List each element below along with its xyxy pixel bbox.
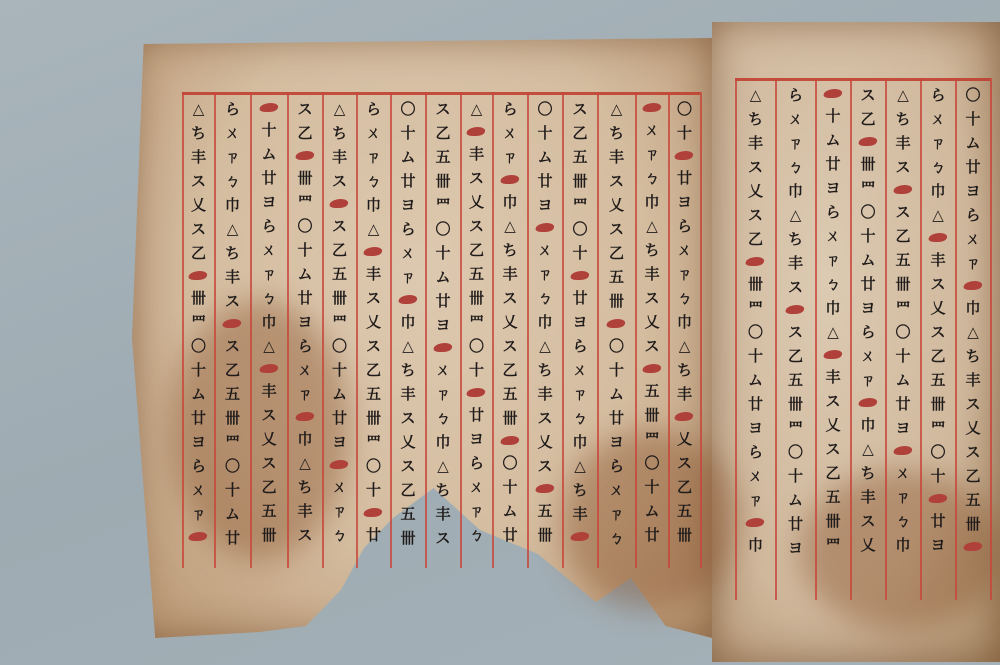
script-glyph: 丰 <box>895 134 909 152</box>
script-glyph: ㄅ <box>788 158 802 176</box>
red-mark <box>294 151 315 160</box>
script-glyph: 卌 <box>788 395 802 413</box>
script-glyph: ち <box>191 124 205 142</box>
script-glyph: ス <box>825 392 839 410</box>
script-column: らㄨㄗㄅ巾△ち丰スス乙五卌罒〇十ム廿ヨ <box>775 86 815 557</box>
script-glyph: 卌 <box>297 169 311 187</box>
script-glyph: 卌 <box>609 292 623 310</box>
script-column: らㄨㄗㄅ巾△丰ス乂ス乙五卌罒〇十廿ヨ <box>920 86 955 554</box>
script-glyph: ス <box>261 406 275 424</box>
script-glyph: ち <box>502 241 516 259</box>
script-glyph: 乂 <box>860 536 874 554</box>
script-glyph: 乂 <box>469 193 483 211</box>
script-glyph: ㄨ <box>469 478 483 496</box>
script-glyph: 十 <box>895 347 909 365</box>
script-glyph: 罒 <box>644 430 658 448</box>
script-glyph: 卌 <box>825 512 839 530</box>
script-glyph: ㄅ <box>930 158 944 176</box>
script-glyph: ス <box>860 512 874 530</box>
script-glyph: 丰 <box>502 265 516 283</box>
red-mark <box>822 89 843 98</box>
script-glyph: 十 <box>191 361 205 379</box>
script-glyph: 乂 <box>261 430 275 448</box>
script-glyph: ス <box>537 457 551 475</box>
script-glyph: ㄨ <box>860 347 874 365</box>
script-glyph: 乂 <box>191 196 205 214</box>
script-glyph: 廿 <box>261 169 275 187</box>
script-glyph: 十 <box>502 478 516 496</box>
red-mark <box>784 305 805 314</box>
script-glyph: ら <box>191 457 205 475</box>
script-glyph: ち <box>895 110 909 128</box>
script-glyph: 乙 <box>191 244 205 262</box>
red-mark <box>641 103 662 112</box>
script-column: ス乙五卌罒〇十廿ヨらㄨㄗㄅ巾△ち丰 <box>562 100 597 544</box>
red-mark <box>258 364 279 373</box>
script-glyph: ス <box>225 292 239 310</box>
script-glyph: 五 <box>502 385 516 403</box>
script-glyph: 乙 <box>788 347 802 365</box>
script-glyph: ス <box>644 289 658 307</box>
red-mark <box>962 281 983 290</box>
script-glyph: 廿 <box>225 529 239 547</box>
script-glyph: ㄗ <box>895 488 909 506</box>
script-glyph: ス <box>930 275 944 293</box>
script-glyph: ㄅ <box>537 289 551 307</box>
script-glyph: ち <box>609 124 623 142</box>
script-glyph: 五 <box>825 488 839 506</box>
script-glyph: △ <box>504 217 515 235</box>
script-glyph: ㄗ <box>502 148 516 166</box>
script-glyph: 〇 <box>469 337 483 355</box>
script-glyph: 乂 <box>366 313 380 331</box>
red-mark <box>641 364 662 373</box>
script-glyph: 廿 <box>502 526 516 544</box>
script-glyph: ム <box>537 148 551 166</box>
script-glyph: ㄨ <box>572 361 586 379</box>
script-glyph: 〇 <box>225 457 239 475</box>
script-glyph: ㄨ <box>788 110 802 128</box>
script-glyph: ㄅ <box>435 409 449 427</box>
script-column: △ち丰スス乙五卌罒〇十ム廿ヨㄨㄗㄅ巾 <box>885 86 920 554</box>
script-glyph: ㄗ <box>261 265 275 283</box>
script-glyph: 乂 <box>609 196 623 214</box>
script-glyph: ら <box>261 217 275 235</box>
script-glyph: ス <box>366 289 380 307</box>
script-glyph: 廿 <box>748 395 762 413</box>
script-glyph: 乙 <box>748 230 762 248</box>
script-glyph: 巾 <box>788 182 802 200</box>
script-glyph: 十 <box>261 121 275 139</box>
script-glyph: 巾 <box>930 182 944 200</box>
script-glyph: ち <box>860 464 874 482</box>
script-glyph: ら <box>965 206 979 224</box>
script-glyph: 〇 <box>502 454 516 472</box>
script-glyph: ヨ <box>400 196 414 214</box>
script-glyph: 乂 <box>644 313 658 331</box>
script-glyph: ㄨ <box>225 124 239 142</box>
script-glyph: ス <box>537 409 551 427</box>
script-glyph: 卌 <box>930 395 944 413</box>
script-glyph: 廿 <box>435 292 449 310</box>
script-glyph: 十 <box>965 110 979 128</box>
top-rule <box>735 78 990 81</box>
script-glyph: ㄗ <box>225 148 239 166</box>
script-glyph: △ <box>750 86 761 104</box>
script-glyph: ㄗ <box>609 505 623 523</box>
script-glyph: 丰 <box>825 368 839 386</box>
script-glyph: 五 <box>332 265 346 283</box>
script-glyph: 廿 <box>825 155 839 173</box>
red-mark <box>397 295 418 304</box>
script-glyph: ら <box>297 337 311 355</box>
script-glyph: ム <box>748 371 762 389</box>
script-glyph: ヨ <box>332 433 346 451</box>
script-glyph: 廿 <box>860 275 874 293</box>
red-mark <box>499 175 520 184</box>
script-glyph: 十 <box>469 361 483 379</box>
script-glyph: 卌 <box>644 406 658 424</box>
script-glyph: 十 <box>332 361 346 379</box>
red-mark <box>673 412 694 421</box>
script-glyph: ち <box>965 347 979 365</box>
script-glyph: ㄨ <box>366 124 380 142</box>
script-glyph: 卌 <box>537 526 551 544</box>
script-glyph: 廿 <box>297 289 311 307</box>
script-glyph: ヨ <box>469 430 483 448</box>
script-glyph: 乙 <box>609 244 623 262</box>
script-glyph: ス <box>502 289 516 307</box>
script-glyph: ㄗ <box>825 251 839 269</box>
script-glyph: 巾 <box>400 313 414 331</box>
script-glyph: ㄨ <box>537 241 551 259</box>
script-glyph: 廿 <box>677 169 691 187</box>
script-glyph: ヨ <box>930 536 944 554</box>
script-glyph: 卌 <box>895 275 909 293</box>
script-glyph: 丰 <box>748 134 762 152</box>
script-glyph: 巾 <box>297 430 311 448</box>
script-glyph: ㄗ <box>332 502 346 520</box>
script-glyph: ム <box>860 251 874 269</box>
script-glyph: ヨ <box>297 313 311 331</box>
script-glyph: △ <box>193 100 204 118</box>
script-column: 〇十ム廿ヨㄨㄗㄅ巾△ち丰ス乂ス五卌 <box>527 100 562 544</box>
red-mark <box>221 319 242 328</box>
script-glyph: ス <box>435 529 449 547</box>
script-glyph: 廿 <box>609 409 623 427</box>
script-glyph: △ <box>574 457 585 475</box>
script-glyph: 乂 <box>502 313 516 331</box>
script-glyph: 丰 <box>297 502 311 520</box>
script-glyph: ス <box>930 323 944 341</box>
script-glyph: 五 <box>965 491 979 509</box>
script-glyph: △ <box>611 100 622 118</box>
script-glyph: ら <box>930 86 944 104</box>
script-glyph: 十 <box>400 124 414 142</box>
script-glyph: 丰 <box>677 385 691 403</box>
script-glyph: 十 <box>225 481 239 499</box>
script-glyph: △ <box>227 220 238 238</box>
script-glyph: ㄅ <box>895 512 909 530</box>
script-glyph: ス <box>895 203 909 221</box>
script-glyph: 巾 <box>825 299 839 317</box>
red-mark <box>328 460 349 469</box>
script-glyph: 五 <box>537 502 551 520</box>
script-glyph: 十 <box>860 227 874 245</box>
script-glyph: ち <box>435 481 449 499</box>
script-glyph: 乙 <box>366 361 380 379</box>
script-glyph: ㄗ <box>788 134 802 152</box>
script-glyph: 巾 <box>895 536 909 554</box>
script-glyph: ム <box>400 148 414 166</box>
script-glyph: ス <box>965 443 979 461</box>
script-glyph: 巾 <box>502 193 516 211</box>
script-glyph: 卌 <box>400 529 414 547</box>
script-glyph: ス <box>502 337 516 355</box>
script-glyph: 丰 <box>965 371 979 389</box>
script-glyph: ら <box>677 217 691 235</box>
script-glyph: 〇 <box>788 443 802 461</box>
script-glyph: 五 <box>788 371 802 389</box>
script-column: △丰ス乂ス乙五卌罒〇十廿ヨらㄨㄗㄅ <box>460 100 492 544</box>
script-glyph: ち <box>644 241 658 259</box>
script-column: 〇十廿ヨらㄨㄗㄅ巾△ち丰乂ス乙五卌 <box>668 100 700 544</box>
script-glyph: 乙 <box>400 481 414 499</box>
script-glyph: ㄨ <box>191 481 205 499</box>
script-glyph: ス <box>895 158 909 176</box>
script-glyph: ス <box>400 457 414 475</box>
script-glyph: ム <box>644 502 658 520</box>
script-glyph: 廿 <box>572 289 586 307</box>
script-glyph: ム <box>825 131 839 149</box>
script-glyph: △ <box>932 206 943 224</box>
script-glyph: ス <box>297 526 311 544</box>
script-glyph: 罒 <box>895 299 909 317</box>
red-mark <box>258 103 279 112</box>
red-mark <box>534 484 555 493</box>
script-glyph: ㄗ <box>860 371 874 389</box>
script-glyph: △ <box>862 440 873 458</box>
script-glyph: 乙 <box>502 361 516 379</box>
script-glyph: 罒 <box>825 536 839 554</box>
script-glyph: 十 <box>788 467 802 485</box>
script-glyph: △ <box>790 206 801 224</box>
red-mark <box>569 271 590 280</box>
script-glyph: 乙 <box>261 478 275 496</box>
script-glyph: 罒 <box>225 433 239 451</box>
script-glyph: ㄅ <box>572 409 586 427</box>
script-glyph: 廿 <box>332 409 346 427</box>
script-glyph: 丰 <box>469 145 483 163</box>
script-glyph: 卌 <box>366 409 380 427</box>
script-glyph: 〇 <box>895 323 909 341</box>
script-glyph: ス <box>860 86 874 104</box>
script-glyph: ム <box>895 371 909 389</box>
script-glyph: △ <box>471 100 482 118</box>
script-glyph: 十 <box>825 107 839 125</box>
script-glyph: ち <box>297 478 311 496</box>
script-column: △ち丰ス乂ス乙卌罒〇十ム廿ヨらㄨㄗ巾 <box>735 86 775 554</box>
script-glyph: 罒 <box>191 313 205 331</box>
script-glyph: 卌 <box>572 172 586 190</box>
script-glyph: 〇 <box>435 220 449 238</box>
script-column: ス乙卌罒〇十ム廿ヨらㄨㄗ巾△ち丰ス乂 <box>850 86 885 554</box>
script-glyph: 丰 <box>366 265 380 283</box>
script-glyph: 巾 <box>644 193 658 211</box>
script-glyph: 罒 <box>469 313 483 331</box>
script-glyph: ム <box>502 502 516 520</box>
script-glyph: ㄨ <box>435 361 449 379</box>
script-glyph: 乙 <box>825 464 839 482</box>
script-glyph: ㄅ <box>469 526 483 544</box>
script-glyph: ㄗ <box>572 385 586 403</box>
script-glyph: ㄨ <box>748 467 762 485</box>
red-mark <box>744 518 765 527</box>
red-mark <box>465 127 486 136</box>
script-glyph: 巾 <box>366 196 380 214</box>
script-glyph: ㄗ <box>297 385 311 403</box>
script-glyph: 十 <box>435 244 449 262</box>
script-glyph: 乂 <box>677 430 691 448</box>
script-glyph: 廿 <box>965 158 979 176</box>
column-rule <box>990 78 992 600</box>
script-glyph: △ <box>299 454 310 472</box>
red-mark <box>328 199 349 208</box>
script-glyph: 丰 <box>609 148 623 166</box>
script-glyph: 丰 <box>860 488 874 506</box>
script-glyph: 卌 <box>435 172 449 190</box>
script-glyph: 〇 <box>644 454 658 472</box>
script-glyph: 丰 <box>225 268 239 286</box>
script-glyph: 卌 <box>225 409 239 427</box>
script-glyph: 〇 <box>965 86 979 104</box>
script-glyph: △ <box>334 100 345 118</box>
script-glyph: 丰 <box>788 254 802 272</box>
script-glyph: ス <box>366 337 380 355</box>
script-column: △ち丰スス乙五卌罒〇十ム廿ヨㄨㄗㄅ <box>322 100 356 544</box>
red-mark <box>294 412 315 421</box>
script-glyph: 五 <box>225 385 239 403</box>
script-glyph: 丰 <box>930 251 944 269</box>
script-glyph: ス <box>435 100 449 118</box>
script-glyph: △ <box>646 217 657 235</box>
script-glyph: ス <box>469 217 483 235</box>
script-glyph: 廿 <box>537 172 551 190</box>
script-glyph: 乂 <box>965 419 979 437</box>
script-glyph: 丰 <box>191 148 205 166</box>
script-glyph: 罒 <box>332 313 346 331</box>
script-glyph: ス <box>297 100 311 118</box>
script-glyph: ㄗ <box>644 145 658 163</box>
script-glyph: 卌 <box>191 289 205 307</box>
script-glyph: ち <box>225 244 239 262</box>
script-glyph: △ <box>679 337 690 355</box>
script-glyph: 〇 <box>191 337 205 355</box>
script-glyph: ち <box>572 481 586 499</box>
script-glyph: ヨ <box>435 316 449 334</box>
script-glyph: ヨ <box>609 433 623 451</box>
script-glyph: 五 <box>930 371 944 389</box>
script-glyph: 五 <box>400 505 414 523</box>
script-glyph: ら <box>572 337 586 355</box>
script-glyph: ㄨ <box>400 244 414 262</box>
script-glyph: ㄗ <box>748 491 762 509</box>
red-mark <box>605 319 626 328</box>
script-glyph: ㄅ <box>644 169 658 187</box>
red-mark <box>362 508 383 517</box>
script-glyph: ム <box>191 385 205 403</box>
script-glyph: ち <box>788 230 802 248</box>
script-glyph: 乙 <box>469 241 483 259</box>
script-glyph: 卌 <box>332 289 346 307</box>
script-glyph: ス <box>191 172 205 190</box>
script-glyph: ヨ <box>788 539 802 557</box>
red-mark <box>362 247 383 256</box>
script-glyph: ヨ <box>677 193 691 211</box>
script-glyph: 乂 <box>825 416 839 434</box>
script-glyph: ヨ <box>261 193 275 211</box>
script-glyph: 廿 <box>191 409 205 427</box>
red-mark <box>744 257 765 266</box>
script-glyph: 廿 <box>469 406 483 424</box>
script-glyph: 乂 <box>748 182 762 200</box>
script-glyph: ら <box>788 86 802 104</box>
script-column: ス乙卌罒〇十ム廿ヨらㄨㄗ巾△ち丰ス <box>287 100 322 544</box>
script-glyph: ヨ <box>965 182 979 200</box>
script-glyph: ㄅ <box>366 172 380 190</box>
script-glyph: 廿 <box>930 512 944 530</box>
script-glyph: ら <box>748 443 762 461</box>
red-mark <box>857 137 878 146</box>
script-glyph: 五 <box>435 148 449 166</box>
script-glyph: ヨ <box>748 419 762 437</box>
script-glyph: △ <box>263 337 274 355</box>
script-glyph: ム <box>609 385 623 403</box>
script-glyph: ら <box>502 100 516 118</box>
script-glyph: ス <box>609 220 623 238</box>
script-glyph: ス <box>332 217 346 235</box>
script-glyph: 丰 <box>644 265 658 283</box>
script-glyph: 巾 <box>860 416 874 434</box>
script-glyph: ス <box>677 454 691 472</box>
script-glyph: 罒 <box>748 299 762 317</box>
script-glyph: 乙 <box>435 124 449 142</box>
script-glyph: 乙 <box>895 227 909 245</box>
script-glyph: 丰 <box>332 148 346 166</box>
script-glyph: ス <box>788 278 802 296</box>
script-glyph: 五 <box>261 502 275 520</box>
script-glyph: ヨ <box>860 299 874 317</box>
script-glyph: ム <box>788 491 802 509</box>
script-glyph: ム <box>261 145 275 163</box>
script-glyph: 乙 <box>225 361 239 379</box>
script-glyph: ㄨ <box>930 110 944 128</box>
script-column: らㄨㄗㄅ巾△丰ス乂ス乙五卌罒〇十廿 <box>356 100 390 544</box>
script-glyph: 十 <box>677 124 691 142</box>
script-glyph: 廿 <box>400 172 414 190</box>
script-glyph: 丰 <box>400 385 414 403</box>
red-mark <box>857 398 878 407</box>
script-glyph: 五 <box>572 148 586 166</box>
script-glyph: 巾 <box>435 433 449 451</box>
script-glyph: 罒 <box>788 419 802 437</box>
script-glyph: 廿 <box>788 515 802 533</box>
script-glyph: ス <box>644 337 658 355</box>
script-glyph: 五 <box>895 251 909 269</box>
script-glyph: 十 <box>537 124 551 142</box>
script-glyph: ム <box>332 385 346 403</box>
script-glyph: ㄨ <box>297 361 311 379</box>
